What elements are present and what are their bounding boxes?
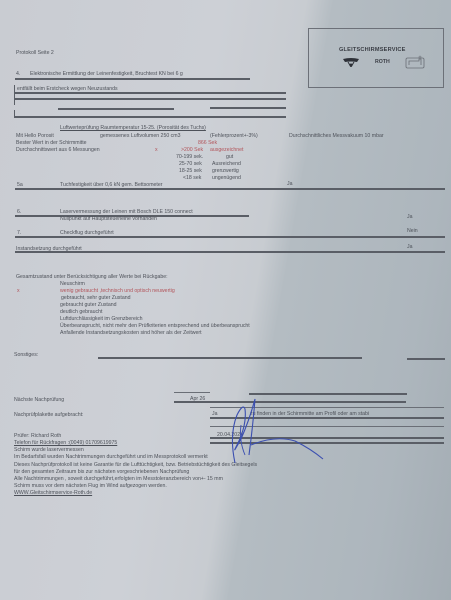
footer-note: Im Bedarfsfall wurden Nachtrimmungen dur… [14,454,208,460]
section5a-value: Ja [287,181,292,187]
scale-range-2: 25-70 sek [179,161,202,167]
divider [407,358,445,360]
section6-value: Ja [407,214,412,220]
best-value: 866 Sek [198,140,217,146]
overall-title: Gesamtzustand unter Berücksichtigung all… [16,274,168,280]
logo-subtitle: ROTH [375,59,390,65]
scale-range-0: >200 Sek [181,147,203,153]
footer-note: für den gesamten Zeitraum bis zur nächst… [14,469,189,475]
signature [215,395,335,465]
next-check-label: Nächste Nachprüfung [14,397,64,403]
best-value-label: Bester Wert in der Schirmmitte [16,140,87,146]
divider [14,92,286,94]
footer-note: Alle Nachtrimmungen , soweit durchgeführ… [14,476,223,482]
page-label: Protokoll Seite 2 [16,50,54,56]
logo-title: GLEITSCHIRMSERVICE [339,47,406,53]
vacuum-label: Durchschnittliches Messvakuum 10 mbar [289,133,384,139]
overall-option-0: Neuschirm [60,281,85,287]
overall-selected-mark: x [17,288,20,294]
divider [14,98,286,100]
divider [14,116,286,118]
device-label: Mit Hello Porosit [16,133,54,139]
website-link[interactable]: WWW.Gleitschirmservice-Roth.de [14,490,92,496]
footer-note: Schirm muss vor dem nächsten Flug im Win… [14,483,167,489]
overall-option-7: Anfallende Instandsetzungskosten sind hö… [60,330,202,336]
footer-note: Schirm wurde laservermessen [14,447,84,453]
divider [15,188,445,190]
average-mark: x [155,147,158,153]
divider [15,78,250,80]
misc-label: Sonstiges: [14,352,38,358]
divider [210,107,286,109]
tolerance-label: (Fehlerprozent+-3%) [210,133,258,139]
section6-subtitle: Nullpunkt auf Hauptsteuerleine vorhanden [60,216,157,222]
overall-option-5: Luftdurchlässigkeit im Grenzbereich [60,316,142,322]
scale-range-1: 70-199 sek. [176,154,203,160]
overall-option-1: wenig gebraucht ,technisch und optisch n… [60,288,175,294]
company-logo: GLEITSCHIRMSERVICE ROTH [308,28,444,88]
overall-option-4: deutlich gebraucht [60,309,102,315]
volume-label: gemessenes Luftvolumen 250 cm3 [100,133,180,139]
bracket [14,85,15,105]
average-label: Durchschnittswert aus 6 Messungen [16,147,100,153]
scale-rating-2: Ausreichend [212,161,241,167]
section4-title: Elektronische Ermittlung der Leinenfesti… [30,71,183,77]
scale-rating-1: gut [226,154,233,160]
repair-value: Ja [407,244,412,250]
overall-option-2: gebraucht, sehr guter Zustand [61,295,131,301]
scale-range-3: 18-25 sek [179,168,202,174]
divider [15,251,445,253]
section7-value: Nein [407,228,418,234]
divider [98,357,362,359]
sticker-label: Nachprüfplakette aufgebracht: [14,412,84,418]
paraglider-wing-icon [343,58,359,67]
overall-option-6: Überbeansprucht, nicht mehr den Prüfkrit… [60,323,250,329]
air-permeability-title: Luftwerteprüfung Raumtemperatur 15-25. (… [60,125,206,131]
sewing-machine-icon [405,55,425,69]
inspector-phone: Telefon für Rückfragen :(0049) 017096199… [14,440,117,446]
scale-rating-0: ausgezeichnet [210,147,243,153]
scale-rating-3: grenzwertig [212,168,239,174]
divider [15,236,445,238]
section4-number: 4. [16,71,20,77]
scale-rating-4: ungenügend [212,175,241,181]
scale-range-4: <18 sek [183,175,201,181]
inspector-name: Prüfer: Richard Roth [14,433,61,439]
divider [174,392,210,393]
overall-option-3: gebraucht guter Zustand [60,302,117,308]
divider [58,108,174,110]
